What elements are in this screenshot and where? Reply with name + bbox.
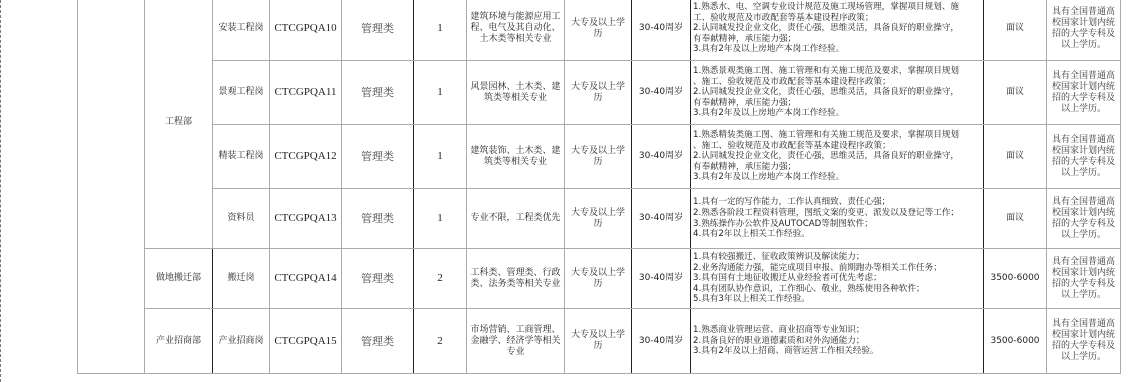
duty-line: 2.认同城发投企业文化，责任心强，思维灵活，具备良好的职业操守，: [693, 87, 981, 98]
category-cell: 管理类: [342, 125, 414, 189]
duty-line: 工、验收规范及市政配套等基本建设程序政策；: [693, 13, 981, 24]
age-cell: 30-40周岁: [632, 61, 691, 125]
headcount-cell: 2: [414, 249, 467, 309]
position-code-cell: CTCGPQA13: [270, 189, 342, 249]
duties-cell: 1.熟悉水、电、空调专业设计规范及施工现场管理，掌握项目规划、施工、验收规范及市…: [691, 0, 984, 61]
position-code-cell: CTCGPQA15: [270, 309, 342, 374]
duty-line: 5.具有3年以上相关工作经验。: [693, 294, 981, 305]
duty-line: 1.熟悉景观类施工图、施工管理和有关施工规范及要求，掌握项目规划: [693, 66, 981, 77]
duty-line: 1.熟悉精装类施工图、施工管理和有关施工规范及要求，掌握项目规划: [693, 130, 981, 141]
salary-cell: 面议: [984, 0, 1047, 61]
position-code-cell: CTCGPQA11: [270, 61, 342, 125]
table-row: 资料员CTCGPQA13管理类1专业不限，工程类优先大专及以上学历30-40周岁…: [78, 189, 1121, 249]
education-cell: 大专及以上学历: [565, 309, 632, 374]
requirement-cell: 具有全国普通高校国家计划内统招的大学专科及以上学历。: [1047, 0, 1121, 61]
duty-line: 有奉献精神，承压能力强；: [693, 98, 981, 109]
duty-line: 4.具有2年以上相关工作经验。: [693, 229, 981, 240]
duty-line: 3.具有国有土地征收搬迁从业经验者可优先考虑；: [693, 273, 981, 284]
department-cell: 工程部: [145, 0, 213, 249]
department-cell: 产业招商部: [145, 309, 213, 374]
salary-cell: 3500-6000: [984, 249, 1047, 309]
page-edge: [0, 0, 1, 382]
major-cell: 建筑环境与能源应用工程、电气及其自动化、土木类等相关专业: [467, 0, 565, 61]
duties-cell: 1.熟悉景观类施工图、施工管理和有关施工规范及要求，掌握项目规划、施工、验收规范…: [691, 61, 984, 125]
requirement-cell: 具有全国普通高校国家计划内统招的大学专科及以上学历。: [1047, 309, 1121, 374]
salary-cell: 面议: [984, 125, 1047, 189]
category-cell: 管理类: [342, 309, 414, 374]
major-cell: 工科类、管理类、行政类、法务类等相关专业: [467, 249, 565, 309]
age-cell: 30-40周岁: [632, 249, 691, 309]
headcount-cell: 1: [414, 61, 467, 125]
position-cell: 产业招商岗: [213, 309, 270, 374]
headcount-cell: 1: [414, 0, 467, 61]
headcount-cell: 2: [414, 309, 467, 374]
duties-cell: 1.熟悉商业管理运营、商业招商等专业知识；2.具备良好的职业道德素质和对外沟通能…: [691, 309, 984, 374]
major-cell: 建筑装饰、土木类、建筑类等相关专业: [467, 125, 565, 189]
category-cell: 管理类: [342, 0, 414, 61]
position-code-cell: CTCGPQA14: [270, 249, 342, 309]
duty-line: 2.熟悉各阶段工程资料管理，图纸文案的变更、派发以及登记等工作；: [693, 208, 981, 219]
requirement-cell: 具有全国普通高校国家计划内统招的大学专科及以上学历。: [1047, 249, 1121, 309]
duty-line: 有奉献精神，承压能力强；: [693, 34, 981, 45]
table-row: 做地搬迁部搬迁岗CTCGPQA14管理类2工科类、管理类、行政类、法务类等相关专…: [78, 249, 1121, 309]
recruitment-table: 工程部安装工程岗CTCGPQA10管理类1建筑环境与能源应用工程、电气及其自动化…: [77, 0, 1121, 374]
major-cell: 市场营销、工商管理、金融学、经济学等相关专业: [467, 309, 565, 374]
position-cell: 安装工程岗: [213, 0, 270, 61]
education-cell: 大专及以上学历: [565, 249, 632, 309]
duty-line: 1.熟悉商业管理运营、商业招商等专业知识；: [693, 325, 981, 336]
salary-cell: 面议: [984, 61, 1047, 125]
age-cell: 30-40周岁: [632, 0, 691, 61]
duty-line: 2.具备良好的职业道德素质和对外沟通能力；: [693, 336, 981, 347]
duty-line: 3.具有2年及以上房地产本岗工作经验。: [693, 44, 981, 55]
duty-line: 有奉献精神，承压能力强；: [693, 162, 981, 173]
position-cell: 资料员: [213, 189, 270, 249]
major-cell: 风景园林、土木类、建筑类等相关专业: [467, 61, 565, 125]
duty-line: 1.具有较强搬迁、征收政策辨识及解读能力；: [693, 252, 981, 263]
duty-line: 3.具有2年及以上房地产本岗工作经验。: [693, 172, 981, 183]
table-row: 工程部安装工程岗CTCGPQA10管理类1建筑环境与能源应用工程、电气及其自动化…: [78, 0, 1121, 61]
duty-line: 2.认同城发投企业文化，责任心强，思维灵活，具备良好的职业操守，: [693, 151, 981, 162]
duties-cell: 1.熟悉精装类施工图、施工管理和有关施工规范及要求，掌握项目规划、施工、验收规范…: [691, 125, 984, 189]
education-cell: 大专及以上学历: [565, 189, 632, 249]
age-cell: 30-40周岁: [632, 189, 691, 249]
requirement-cell: 具有全国普通高校国家计划内统招的大学专科及以上学历。: [1047, 125, 1121, 189]
duty-line: 3.具有2年及以上招商、商管运营工作相关经验。: [693, 346, 981, 357]
duty-line: 、施工、验收规范及市政配套等基本建设程序政策；: [693, 141, 981, 152]
duty-line: 2.认同城发投企业文化，责任心强，思维灵活，具备良好的职业操守，: [693, 23, 981, 34]
headcount-cell: 1: [414, 189, 467, 249]
requirement-cell: 具有全国普通高校国家计划内统招的大学专科及以上学历。: [1047, 189, 1121, 249]
education-cell: 大专及以上学历: [565, 0, 632, 61]
category-cell: 管理类: [342, 61, 414, 125]
position-cell: 景观工程岗: [213, 61, 270, 125]
duties-cell: 1.具有一定的写作能力，工作认真细致、责任心强；2.熟悉各阶段工程资料管理，图纸…: [691, 189, 984, 249]
duty-line: 3.熟练操作办公软件及AUTOCAD等制图软件；: [693, 219, 981, 230]
position-code-cell: CTCGPQA10: [270, 0, 342, 61]
duty-line: 1.熟悉水、电、空调专业设计规范及施工现场管理，掌握项目规划、施: [693, 2, 981, 13]
education-cell: 大专及以上学历: [565, 61, 632, 125]
age-cell: 30-40周岁: [632, 309, 691, 374]
salary-cell: 面议: [984, 189, 1047, 249]
salary-cell: 3500-6000: [984, 309, 1047, 374]
duty-line: 4.具有团队协作意识，工作细心、敬业，熟练使用各种软件；: [693, 284, 981, 295]
duty-line: 1.具有一定的写作能力，工作认真细致、责任心强；: [693, 197, 981, 208]
duty-line: 2.业务沟通能力强，能完成项目申报、前期跑办等相关工作任务；: [693, 263, 981, 274]
duty-line: 3.具有2年及以上房地产本岗工作经验。: [693, 108, 981, 119]
position-cell: 搬迁岗: [213, 249, 270, 309]
major-cell: 专业不限，工程类优先: [467, 189, 565, 249]
table-row: 精装工程岗CTCGPQA12管理类1建筑装饰、土木类、建筑类等相关专业大专及以上…: [78, 125, 1121, 189]
category-cell: 管理类: [342, 189, 414, 249]
education-cell: 大专及以上学历: [565, 125, 632, 189]
table-row: 产业招商部产业招商岗CTCGPQA15管理类2市场营销、工商管理、金融学、经济学…: [78, 309, 1121, 374]
position-code-cell: CTCGPQA12: [270, 125, 342, 189]
department-cell: 做地搬迁部: [145, 249, 213, 309]
category-cell: 管理类: [342, 249, 414, 309]
age-cell: 30-40周岁: [632, 125, 691, 189]
duties-cell: 1.具有较强搬迁、征收政策辨识及解读能力；2.业务沟通能力强，能完成项目申报、前…: [691, 249, 984, 309]
duty-line: 、施工、验收规范及市政配套等基本建设程序政策；: [693, 77, 981, 88]
blank-column: [78, 0, 145, 374]
headcount-cell: 1: [414, 125, 467, 189]
requirement-cell: 具有全国普通高校国家计划内统招的大学专科及以上学历。: [1047, 61, 1121, 125]
table-row: 景观工程岗CTCGPQA11管理类1风景园林、土木类、建筑类等相关专业大专及以上…: [78, 61, 1121, 125]
position-cell: 精装工程岗: [213, 125, 270, 189]
